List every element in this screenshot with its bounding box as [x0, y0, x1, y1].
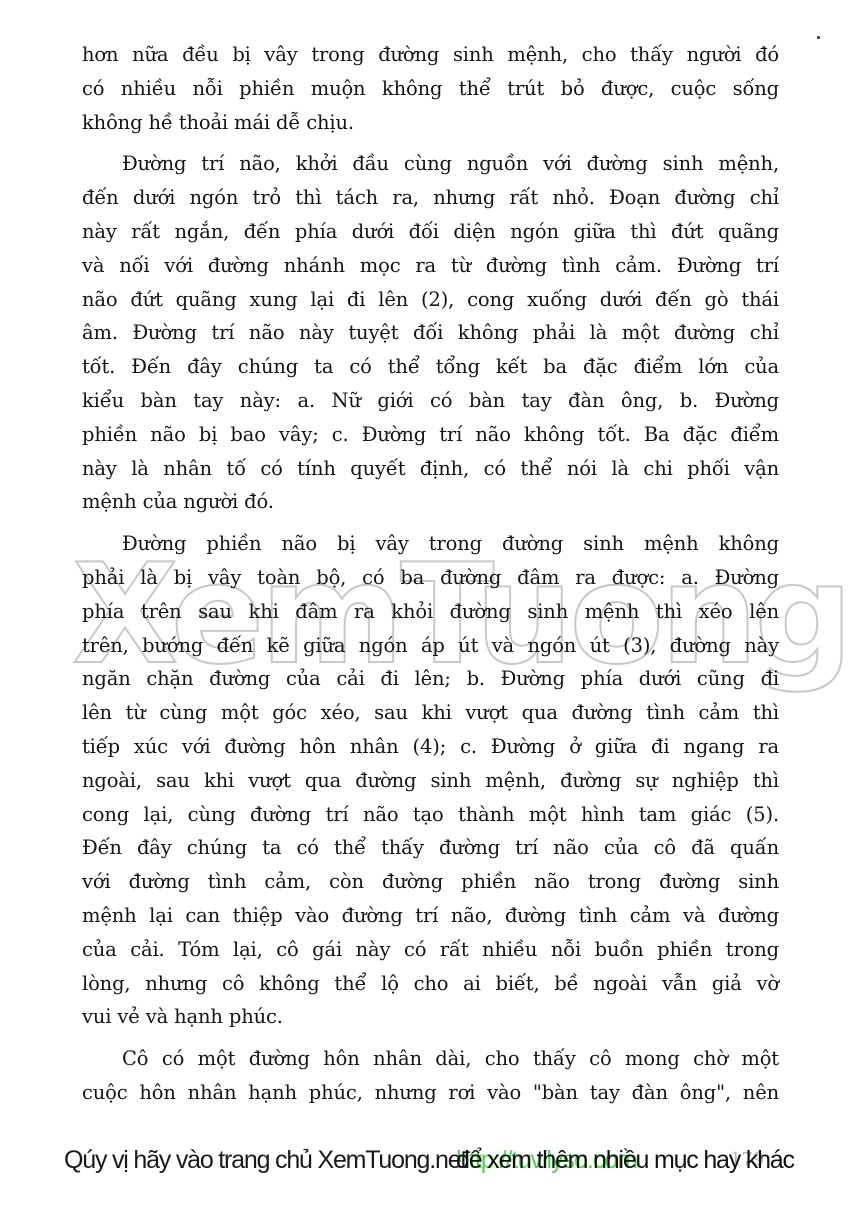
text-line: Cô có một đường hôn nhân dài, cho thấy c… [82, 1042, 779, 1076]
footer-lead-text: Qúy vị hãy vào trang chủ XemTuong.net [64, 1146, 466, 1174]
text-line: không hề thoải mái dễ chịu. [82, 106, 779, 140]
paragraph-2: Đường trí não, khởi đầu cùng nguồn với đ… [82, 147, 779, 519]
paragraph-1: hơn nữa đều bị vây trong đường sinh mệnh… [82, 38, 779, 139]
text-line: kiểu bàn tay này: a. Nữ giới có bàn tay … [82, 384, 779, 418]
body-text: hơn nữa đều bị vây trong đường sinh mệnh… [82, 38, 779, 1110]
text-line: não đứt quãng xung lại đi lên (2), cong … [82, 283, 779, 317]
paragraph-4: Cô có một đường hôn nhân dài, cho thấy c… [82, 1042, 779, 1110]
text-line: có nhiều nỗi phiền muộn không thể trút b… [82, 72, 779, 106]
text-line: cuộc hôn nhân hạnh phúc, nhưng rơi vào "… [82, 1076, 779, 1110]
text-line: phải là bị vây toàn bộ, có ba đường đâm … [82, 561, 779, 595]
scan-artifact-dot [817, 36, 820, 39]
text-line: ngoài, sau khi vượt qua đường sinh mệnh,… [82, 764, 779, 798]
text-line: với đường tình cảm, còn đường phiền não … [82, 865, 779, 899]
text-line: phiền não bị bao vây; c. Đường trí não k… [82, 418, 779, 452]
text-line: Đường trí não, khởi đầu cùng nguồn với đ… [82, 147, 779, 181]
text-line: lên từ cùng một góc xéo, sau khi vượt qu… [82, 696, 779, 730]
text-line: vui vẻ và hạnh phúc. [82, 1000, 779, 1034]
text-line: đến dưới ngón trỏ thì tách ra, nhưng rất… [82, 181, 779, 215]
text-line: tiếp xúc với đường hôn nhân (4); c. Đườn… [82, 730, 779, 764]
text-line: trên, bướng đến kẽ giữa ngón áp út và ng… [82, 629, 779, 663]
text-line: hơn nữa đều bị vây trong đường sinh mệnh… [82, 38, 779, 72]
text-line: mệnh lại can thiệp vào đường trí não, đư… [82, 899, 779, 933]
text-line: lòng, nhưng cô không thể lộ cho ai biết,… [82, 967, 779, 1001]
text-line: tốt. Đến đây chúng ta có thể tổng kết ba… [82, 350, 779, 384]
text-line: và nối với đường nhánh mọc ra từ đường t… [82, 249, 779, 283]
page-number: 179 [730, 1140, 764, 1180]
text-line: âm. Đường trí não này tuyệt đối không ph… [82, 316, 779, 350]
text-line: phía trên sau khi đâm ra khỏi đường sinh… [82, 595, 779, 629]
text-line: cong lại, cùng đường trí não tạo thành m… [82, 798, 779, 832]
text-line: Đến đây chúng ta có thể thấy đường trí n… [82, 831, 779, 865]
text-line: mệnh của người đó. [82, 485, 779, 519]
text-line: của cải. Tóm lại, cô gái này có rất nhiề… [82, 933, 779, 967]
text-line: này rất ngắn, đến phía dưới đối diện ngó… [82, 215, 779, 249]
text-line: ngăn chặn đường của cải đi lên; b. Đường… [82, 662, 779, 696]
paragraph-3: Đường phiền não bị vây trong đường sinh … [82, 527, 779, 1034]
document-page: XemTuong.net hơn nữa đều bị vây trong đư… [0, 0, 850, 1224]
text-line: này là nhân tố có tính quyết định, có th… [82, 452, 779, 486]
text-line: Đường phiền não bị vây trong đường sinh … [82, 527, 779, 561]
